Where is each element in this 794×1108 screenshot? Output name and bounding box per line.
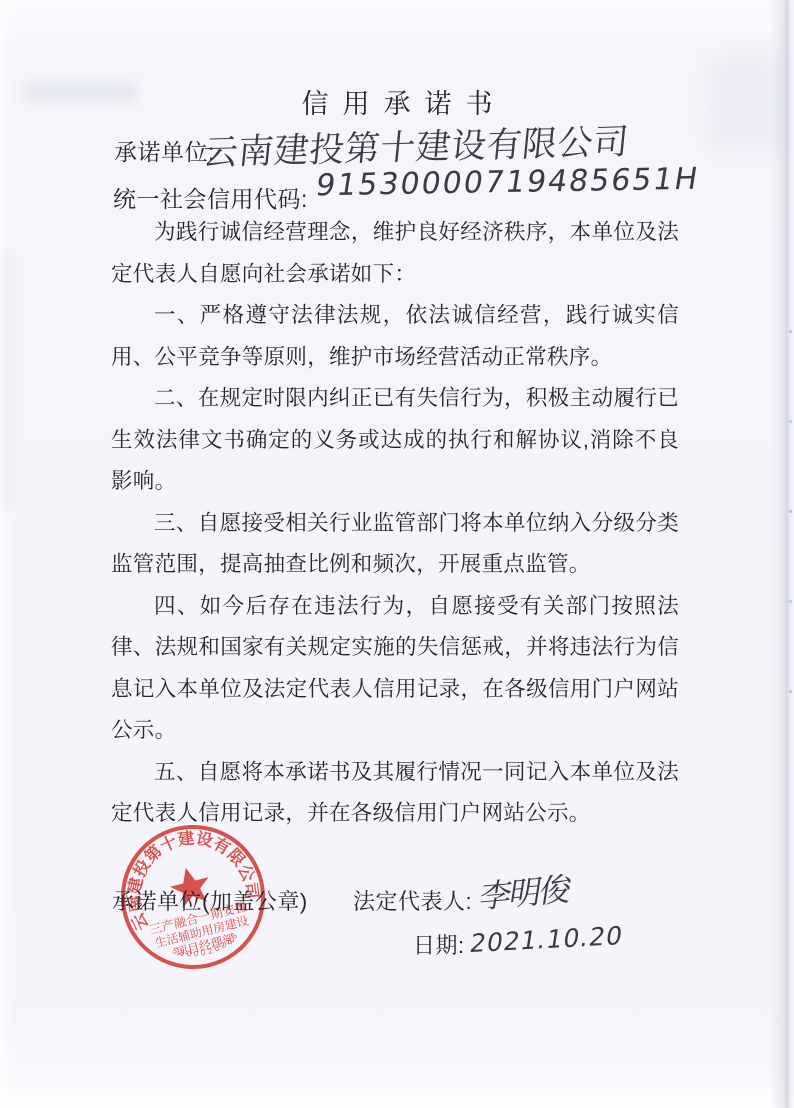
scan-smudge bbox=[0, 250, 10, 510]
paragraph-item-2: 二、在规定时限内纠正已有失信行为，积极主动履行已生效法律文书确定的义务或达成的执… bbox=[111, 378, 679, 503]
date-label: 日期: bbox=[413, 929, 465, 960]
seal-line-label: 承诺单位(加盖公章) bbox=[112, 885, 308, 916]
credit-code-handwritten-value: 91530000719485651H bbox=[313, 162, 702, 204]
scanned-document-page: 信用承诺书 承诺单位: 云南建投第十建设有限公司 统一社会信用代码: 91530… bbox=[0, 0, 794, 1108]
document-title: 信用承诺书 bbox=[0, 82, 794, 121]
legal-rep-label: 法定代表人: bbox=[353, 885, 472, 916]
paragraph-item-4: 四、如今后存在违法行为，自愿接受有关部门按照法律、法规和国家有关规定实施的失信惩… bbox=[111, 586, 679, 752]
legal-rep-signature: 李明俊 bbox=[476, 864, 573, 919]
paragraph-item-3: 三、自愿接受相关行业监管部门将本单位纳入分级分类监管范围，提高抽查比例和频次，开… bbox=[111, 503, 679, 586]
unit-field-label: 承诺单位: bbox=[114, 134, 215, 167]
date-handwritten-value: 2021.10.20 bbox=[468, 921, 626, 958]
scan-edge-shadow bbox=[786, 0, 788, 1108]
paragraph-item-1: 一、严格遵守法律法规，依法诚信经营，践行诚实信用、公平竞争等原则，维护市场经营活… bbox=[111, 295, 679, 378]
scan-edge-marks bbox=[789, 330, 792, 750]
paragraph-intro: 为践行诚信经营理念，维护良好经济秩序，本单位及法定代表人自愿向社会承诺如下： bbox=[111, 212, 679, 295]
credit-code-field-label: 统一社会信用代码: bbox=[113, 181, 308, 214]
commitment-body: 为践行诚信经营理念，维护良好经济秩序，本单位及法定代表人自愿向社会承诺如下： 一… bbox=[111, 212, 679, 835]
